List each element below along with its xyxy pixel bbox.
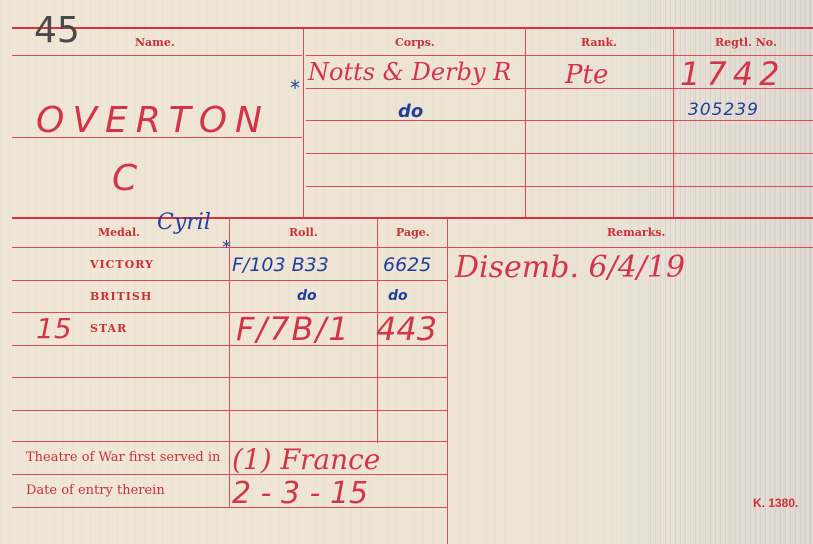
col-divider	[525, 28, 526, 218]
page-star: 443	[376, 310, 437, 348]
rank-value: Pte	[565, 60, 608, 90]
header-page: Page.	[396, 226, 430, 239]
rule	[12, 441, 448, 442]
medal-label-victory: Victory	[90, 258, 154, 271]
corps-ditto: do	[398, 101, 423, 122]
header-corps: Corps.	[395, 36, 435, 49]
first-name-annotation: Cyril	[157, 210, 211, 235]
rule	[12, 474, 448, 475]
regtl-no-new-value: 305239	[688, 100, 759, 120]
rule	[306, 153, 813, 154]
form-code: K. 1380.	[753, 496, 798, 510]
regtl-no-value: 1742	[680, 55, 785, 93]
theatre-value: (1) France	[232, 443, 380, 476]
medal-label-star: Star	[90, 322, 127, 335]
corps-value: Notts & Derby R	[308, 58, 511, 86]
roll-victory: F/103 B33	[232, 254, 329, 276]
col-divider	[303, 28, 304, 218]
entry-date-label: Date of entry therein	[26, 483, 165, 498]
roll-british-ditto: do	[297, 288, 317, 304]
star-prefix: 15	[36, 312, 72, 345]
col-divider	[447, 218, 448, 544]
pencil-number: 45	[34, 10, 80, 51]
medal-label-british: British	[90, 290, 152, 303]
page-british-ditto: do	[388, 288, 408, 304]
header-name: Name.	[135, 36, 175, 49]
header-medal: Medal.	[98, 226, 140, 239]
col-divider	[229, 218, 230, 508]
header-remarks: Remarks.	[607, 226, 665, 239]
remarks-value: Disemb. 6/4/19	[455, 250, 685, 285]
rule	[12, 410, 448, 411]
rule	[306, 186, 813, 187]
initial: C	[112, 158, 137, 199]
rule	[12, 280, 448, 281]
corps-asterisk: *	[290, 76, 300, 100]
page-victory: 6625	[383, 254, 431, 276]
surname: OVERTON	[36, 100, 270, 141]
col-divider	[673, 28, 674, 218]
medal-index-card: Name. Corps. Rank. Regtl. No. Medal. Rol…	[0, 0, 813, 544]
mid-rule	[12, 217, 813, 219]
header-roll: Roll.	[289, 226, 318, 239]
header-rank: Rank.	[581, 36, 617, 49]
roll-star: F/7B/1	[236, 310, 351, 348]
roll-asterisk: *	[222, 237, 231, 258]
theatre-label: Theatre of War first served in	[26, 450, 220, 465]
entry-date-value: 2 - 3 - 15	[232, 476, 368, 511]
rule	[12, 247, 813, 248]
rule	[306, 120, 813, 121]
top-rule	[12, 27, 813, 29]
rule	[12, 55, 302, 56]
rule	[12, 507, 448, 508]
header-regtl-no: Regtl. No.	[715, 36, 777, 49]
rule	[12, 377, 448, 378]
